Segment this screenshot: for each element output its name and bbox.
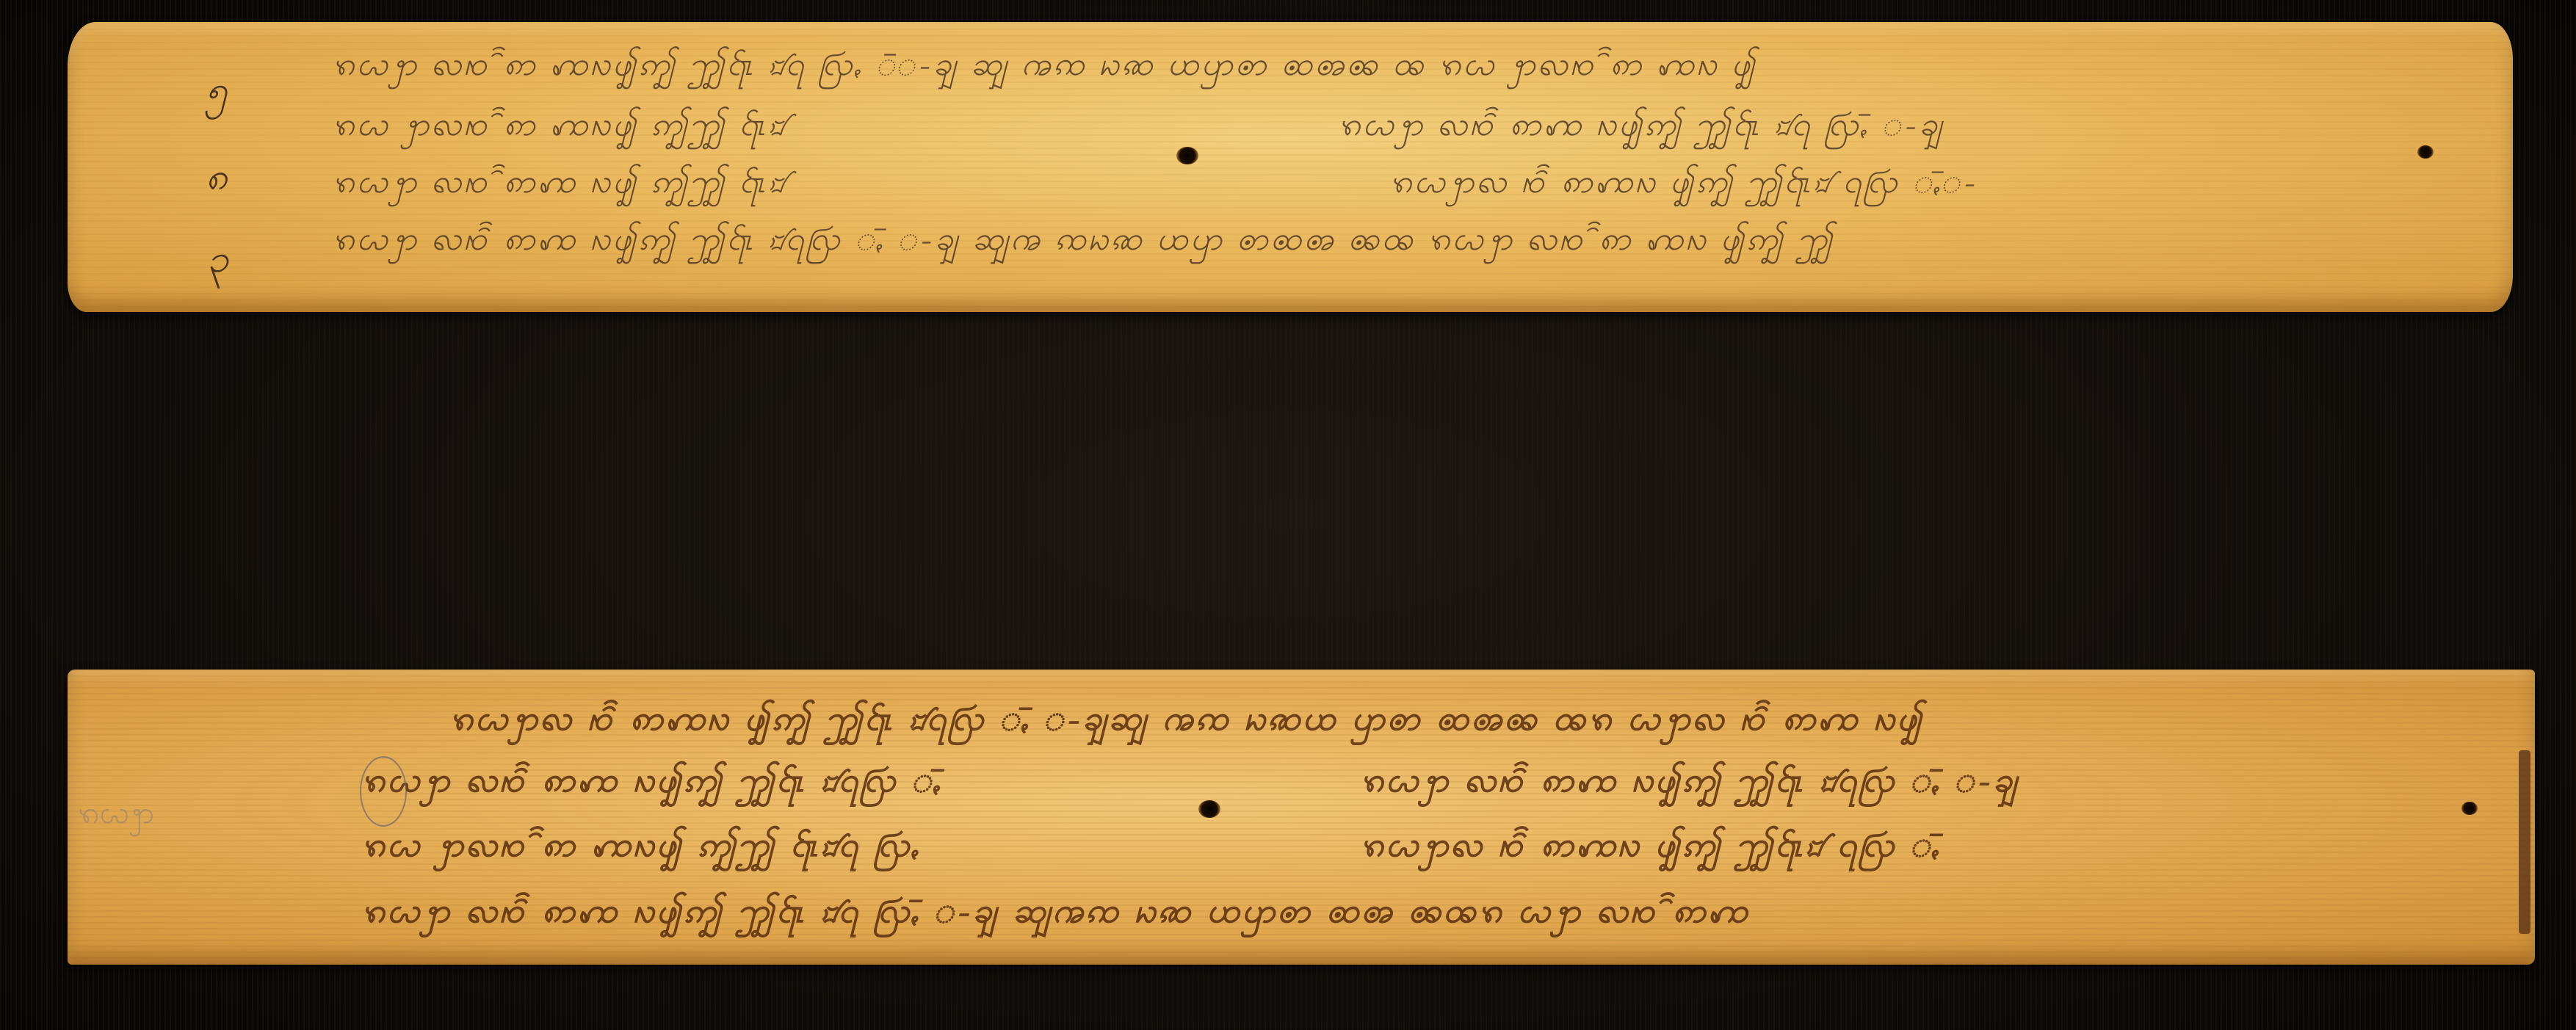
manuscript-leaf-bottom: ꩫꩬꩭ ꩫꩬꩭꩮ ꩯꩰ ꩱꩲꩳ ꩴꩵ ꩶ꩷ ꩸꩹ꩺ ꩻꩼ ꩽꩾꩿ ꩠꩡ ꩢꩣꩤ … [68,670,2535,965]
text-line: ꩫꩬꩭ ꩮꩯꩰ ꩱꩲ ꩳꩴꩵ ꩶ꩷ ꩸꩹ ꩺꩻꩼ ꩽꩾ [1338,104,1944,151]
text-line: ꩫꩬꩭ ꩮꩯꩰ ꩱꩲ ꩳꩴꩵ ꩶ꩷ ꩸꩹ ꩺꩻꩼ ꩽꩾ ꩿꩠꩡ ꩢꩣ ꩤꩥꩦ ꩧ… [361,890,1750,939]
text-line: ꩫꩬ ꩭꩮꩯ ꩰꩱ ꩲꩳꩴ ꩵꩶ ꩷꩸ [332,104,785,151]
text-line: ꩫꩬꩭ ꩮꩯꩰ ꩱꩲ ꩳꩴꩵ ꩶ꩷ ꩸꩹ꩺ ꩻꩼ ꩽꩾ ꩿꩠ ꩡꩢꩣ ꩤꩥ ꩦꩧ… [332,219,1834,266]
folio-numeral: ၃ [207,235,228,291]
string-hole [2461,802,2478,815]
pencil-catalog-mark: ꩫꩬꩭ [78,793,154,838]
text-line: ꩫꩬꩭꩮ ꩯꩰ ꩱꩲꩳ ꩴꩵ ꩶ꩷ ꩸꩹ꩺ ꩻꩼ ꩽꩾꩿ ꩠꩡ ꩢꩣꩤ ꩥꩦ ꩧ… [449,697,1924,747]
text-line: ꩫꩬꩭ ꩮꩯ ꩰꩱ ꩲꩳꩴꩵ ꩶ꩷ ꩸꩹ ꩺꩻ ꩼꩽꩾ ꩿ ꩠꩡ ꩢꩣ ꩤꩥꩦ … [332,44,1757,91]
folio-numeral: ၅ [206,66,227,122]
folio-numeral: ၈ [206,153,228,208]
text-line: ꩫꩬꩭ ꩮꩯ ꩰꩱꩲ ꩳꩴ ꩵꩶ ꩷꩸ [332,162,785,208]
string-hole [1198,800,1220,818]
edge-damage [2519,750,2530,934]
text-line: ꩫꩬ ꩭꩮꩯ ꩰꩱ ꩲꩳꩴ ꩵꩶ ꩷꩸꩹ ꩺꩻ [361,824,921,873]
string-hole [1176,147,1198,164]
string-hole [2417,145,2434,159]
text-line: ꩫꩬꩭꩮ ꩯꩰ ꩱꩲꩳ ꩴꩵ ꩶ꩷꩸ ꩹ꩺ ꩻꩼ [1360,824,1941,873]
text-line: ꩫꩬꩭ ꩮꩯꩰ ꩱꩲ ꩳꩴꩵ ꩶ꩷ ꩸꩹ꩺ ꩻꩼ [361,759,942,808]
pencil-circle-annotation [360,756,407,827]
manuscript-leaf-top: ၅ ၈ ၃ ꩫꩬꩭ ꩮꩯ ꩰꩱ ꩲꩳꩴꩵ ꩶ꩷ ꩸꩹ ꩺꩻ ꩼꩽꩾ ꩿ ꩠꩡ ꩢ… [68,22,2513,312]
text-line: ꩫꩬꩭ ꩮꩯꩰ ꩱꩲ ꩳꩴꩵ ꩶ꩷ ꩸꩹ꩺ ꩻꩼ ꩽꩾ [1360,759,2019,808]
text-line: ꩫꩬꩭꩮ ꩯꩰ ꩱꩲꩳ ꩴꩵ ꩶ꩷꩸ ꩹ꩺ ꩻꩼꩽ [1389,162,1978,208]
